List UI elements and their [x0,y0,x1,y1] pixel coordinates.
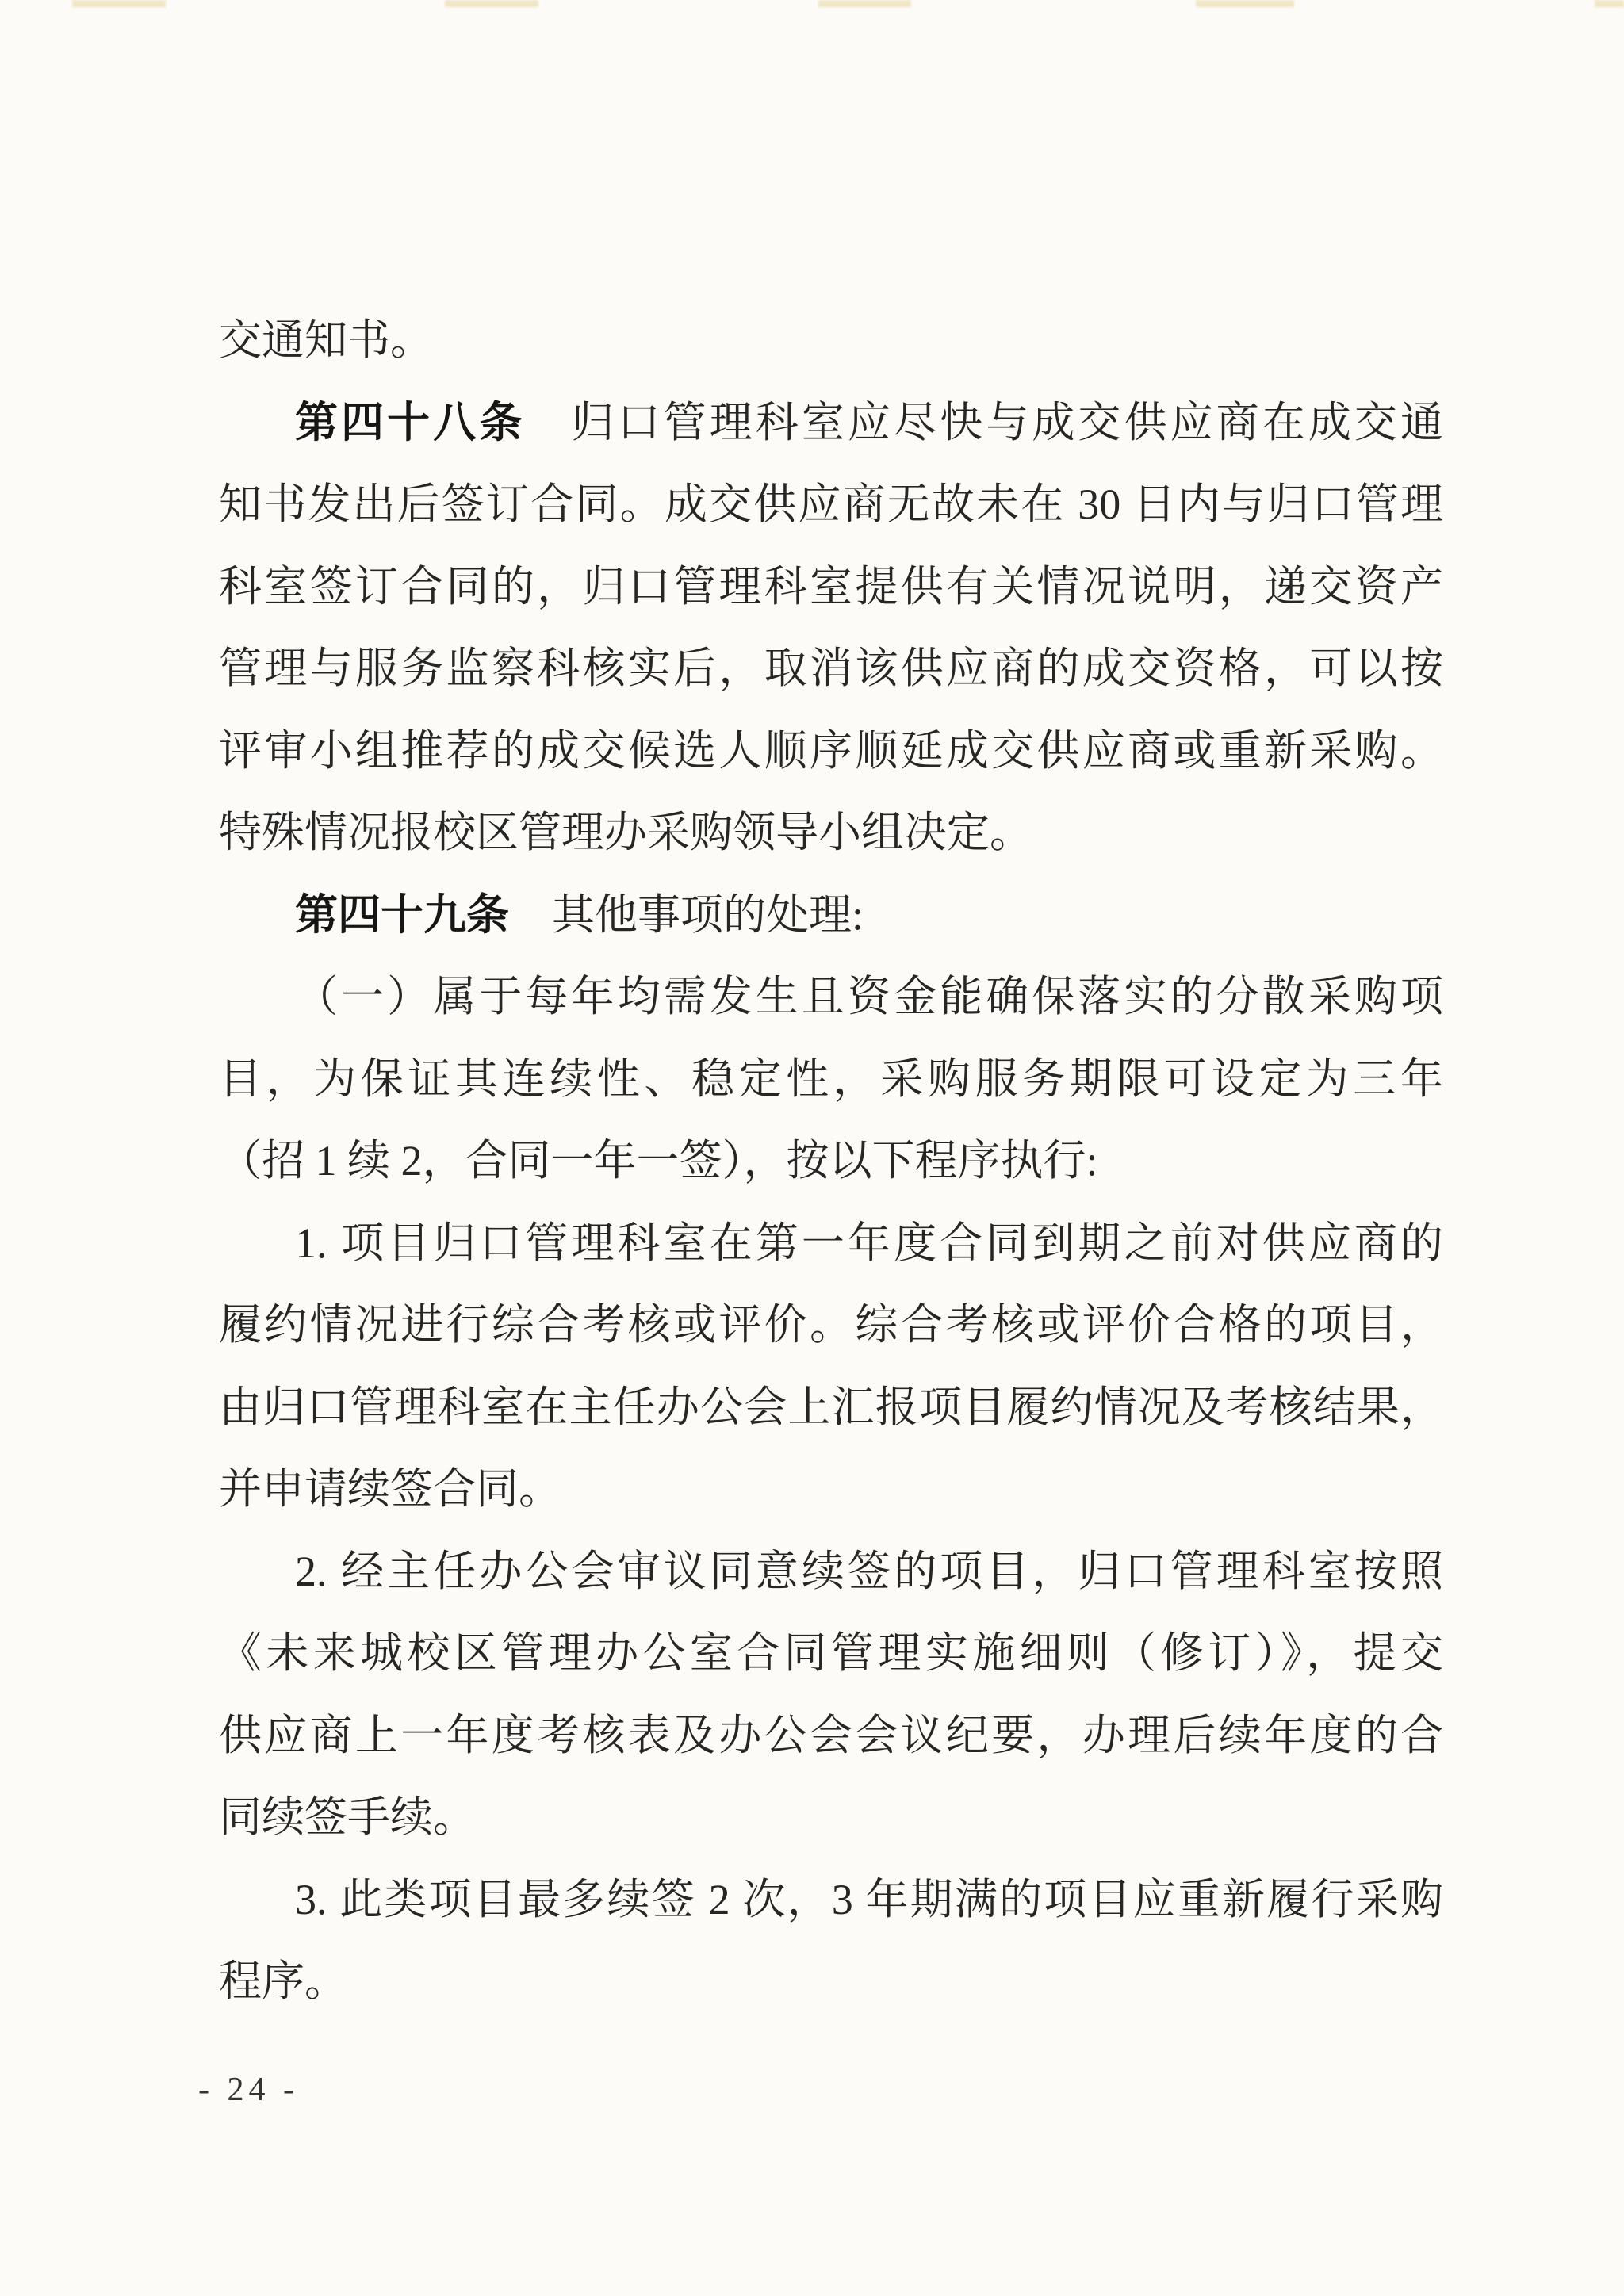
text-line: 履约情况进行综合考核或评价。综合考核或评价合格的项目， [219,1284,1443,1367]
text-line: 目，为保证其连续性、稳定性，采购服务期限可设定为三年 [219,1039,1443,1121]
paragraph-end-line: 特殊情况报校区管理办采购领导小组决定。 [219,792,1443,874]
paragraph-end-line: 同续签手续。 [219,1777,1443,1859]
text-line: 知书发出后签订合同。成交供应商无故未在 30 日内与归口管理 [219,464,1443,546]
document-body: 交通知书。 第四十八条 归口管理科室应尽快与成交供应商在成交通 知书发出后签订合… [219,300,1443,2023]
scan-edge-artifact [1595,0,1624,7]
text-line: 《未来城校区管理办公室合同管理实施细则（修订）》，提交 [219,1613,1443,1695]
scan-edge-artifact [818,0,911,7]
article-49-number: 第四十九条 [295,891,509,939]
text-line: 管理与服务监察科核实后，取消该供应商的成交资格，可以按 [219,628,1443,710]
paragraph-end-line: 程序。 [219,1941,1443,2023]
article-48-text-start: 归口管理科室应尽快与成交供应商在成交通 [525,399,1443,446]
article-49-text-start: 其他事项的处理: [509,891,864,939]
subitem-1-first-line: 1. 项目归口管理科室在第一年度合同到期之前对供应商的 [219,1203,1443,1285]
scanned-document-page: 交通知书。 第四十八条 归口管理科室应尽快与成交供应商在成交通 知书发出后签订合… [0,0,1624,2296]
subitem-2-first-line: 2. 经主任办公会审议同意续签的项目，归口管理科室按照 [219,1531,1443,1613]
paragraph-end-line: 并申请续签合同。 [219,1448,1443,1531]
page-number: - 24 - [198,2071,299,2109]
scan-edge-artifact [72,0,166,7]
item-1-first-line: （一）属于每年均需发生且资金能确保落实的分散采购项 [219,956,1443,1039]
text-line: 科室签订合同的，归口管理科室提供有关情况说明，递交资产 [219,546,1443,629]
text-line: 评审小组推荐的成交候选人顺序顺延成交供应商或重新采购。 [219,710,1443,793]
scan-edge-artifact [1196,0,1294,7]
paragraph-end-line: （招 1 续 2，合同一年一签），按以下程序执行: [219,1120,1443,1203]
article-48-number: 第四十八条 [295,399,525,446]
article-48-heading-line: 第四十八条 归口管理科室应尽快与成交供应商在成交通 [219,382,1443,465]
text-line: 由归口管理科室在主任办公会上汇报项目履约情况及考核结果， [219,1367,1443,1449]
subitem-3-first-line: 3. 此类项目最多续签 2 次，3 年期满的项目应重新履行采购 [219,1859,1443,1942]
paragraph-continuation-line: 交通知书。 [219,300,1443,382]
scan-edge-artifact [445,0,538,7]
text-line: 供应商上一年度考核表及办公会会议纪要，办理后续年度的合 [219,1695,1443,1777]
article-49-heading-line: 第四十九条 其他事项的处理: [219,874,1443,957]
